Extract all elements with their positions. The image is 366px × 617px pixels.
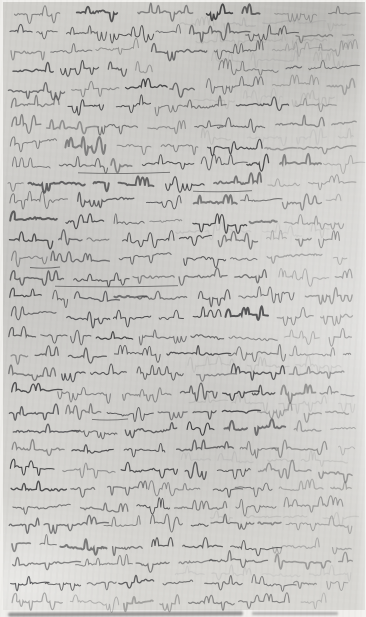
manuscript-line: [10, 230, 340, 249]
scan-edge-smudge: [252, 612, 338, 615]
underline-stroke: [30, 267, 60, 268]
ink-bleed-through: [188, 356, 234, 372]
manuscript-line: [11, 38, 358, 68]
manuscript-line: [10, 459, 352, 482]
ink-bleed-through: [284, 516, 307, 518]
handwriting-svg: [0, 0, 366, 617]
manuscript-line: [10, 287, 352, 308]
manuscript-line: [11, 95, 336, 116]
manuscript-line: [9, 364, 344, 382]
ink-bleed-through: [247, 137, 286, 146]
ink-bleed-through: [339, 403, 355, 412]
ink-bleed-through: [309, 565, 350, 581]
manuscript-line: [11, 306, 352, 328]
manuscript-line: [13, 551, 353, 582]
manuscript-line: [13, 59, 360, 77]
manuscript-scan: Grayscale scan of a 19th-century handwri…: [0, 0, 366, 617]
ink-bleed-through: [181, 453, 210, 461]
manuscript-line: [13, 496, 359, 527]
manuscript-line: [12, 439, 354, 466]
scan-edge-fade: [356, 0, 366, 617]
ink-bleed-through: [328, 24, 346, 31]
ink-bleed-through: [262, 574, 300, 577]
manuscript-line: [12, 383, 355, 414]
ink-bleed-through: [251, 51, 298, 68]
manuscript-line: [12, 114, 356, 145]
ink-bleed-through: [176, 231, 200, 234]
manuscript-line: [12, 535, 351, 556]
ink-bleed-through: [201, 128, 230, 144]
ink-bleed-through: [180, 16, 214, 25]
ink-bleed-through: [175, 566, 204, 575]
manuscript-line: [9, 327, 352, 346]
ink-bleed-through: [232, 393, 267, 412]
ink-bleed-through: [268, 459, 294, 461]
underline-stroke: [55, 286, 178, 287]
underline-stroke: [78, 172, 170, 173]
manuscript-line: [10, 211, 343, 239]
manuscript-line: [10, 23, 355, 48]
ink-bleed-through: [246, 516, 281, 518]
ink-bleed-through: [210, 511, 232, 523]
ink-bleed-through: [279, 396, 327, 413]
ink-bleed-through: [297, 128, 327, 145]
manuscript-line: [10, 268, 352, 287]
manuscript-line: [11, 575, 348, 592]
manuscript-line: [15, 3, 361, 33]
manuscript-line: [11, 479, 351, 497]
ink-bleed-through: [218, 452, 253, 463]
manuscript-line: [13, 419, 355, 439]
manuscript-line: [8, 173, 356, 193]
manuscript-line: [10, 191, 341, 210]
manuscript-line: [12, 251, 347, 268]
manuscript-line: [12, 593, 326, 613]
underline-stroke: [92, 419, 128, 420]
manuscript-line: [12, 154, 364, 174]
ink-bleed-through: [301, 450, 347, 466]
manuscript-line: [8, 75, 354, 109]
ink-bleed-through: [338, 128, 353, 138]
underline-stroke: [193, 191, 252, 192]
ink-bleed-through: [296, 356, 341, 374]
ink-bleed-through: [263, 21, 293, 24]
manuscript-line: [11, 345, 351, 375]
manuscript-line: [10, 137, 356, 156]
